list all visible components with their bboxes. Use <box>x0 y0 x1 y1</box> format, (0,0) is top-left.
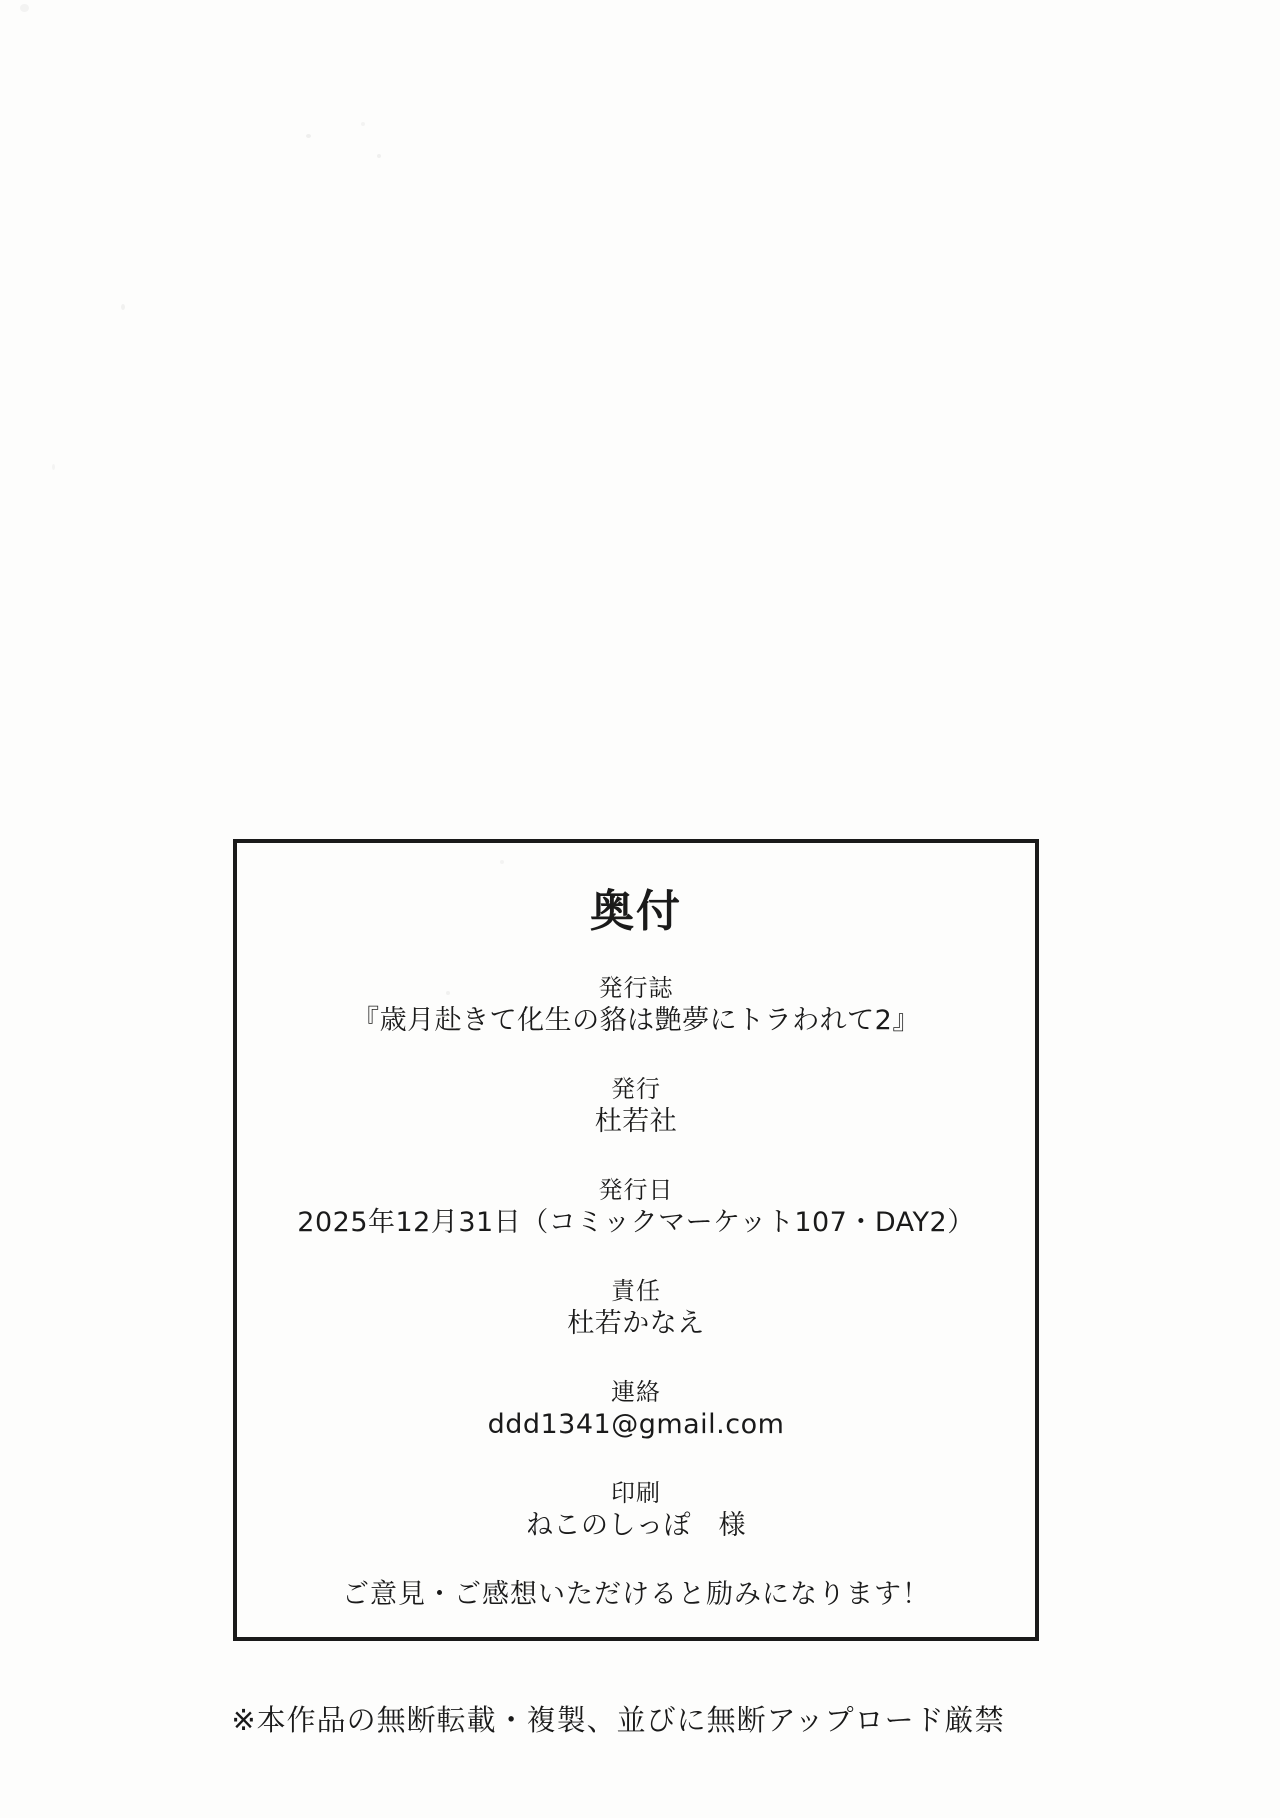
feedback-note: ご意見・ご感想いただけると励みになります！ <box>237 1578 1035 1611</box>
printing-label: 印刷 <box>237 1477 1035 1509</box>
colophon-heading: 奥付 <box>237 888 1035 936</box>
section-publication-title: 発行誌 『歳月赴きて化生の貉は艶夢にトラわれて2』 <box>237 972 1035 1037</box>
section-publication-date: 発行日 2025年12月31日（コミックマーケット107・DAY2） <box>237 1174 1035 1239</box>
publication-title-label: 発行誌 <box>237 972 1035 1004</box>
scan-speck <box>377 154 381 158</box>
contact-email: ddd1341@gmail.com <box>237 1408 1035 1441</box>
publication-date-label: 発行日 <box>237 1174 1035 1206</box>
reproduction-warning: ※本作品の無断転載・複製、並びに無断アップロード厳禁 <box>0 1702 1236 1738</box>
responsibility-label: 責任 <box>237 1275 1035 1307</box>
scan-speck <box>52 464 55 470</box>
section-contact: 連絡 ddd1341@gmail.com <box>237 1376 1035 1441</box>
scan-speck <box>121 304 125 310</box>
scan-speck <box>20 4 29 12</box>
publication-title-value: 『歳月赴きて化生の貉は艶夢にトラわれて2』 <box>237 1004 1035 1037</box>
publisher-value: 杜若社 <box>237 1105 1035 1138</box>
scanned-colophon-page: 奥付 発行誌 『歳月赴きて化生の貉は艶夢にトラわれて2』 発行 杜若社 発行日 … <box>0 0 1280 1818</box>
scan-speck <box>306 134 311 138</box>
printing-value: ねこのしっぽ 様 <box>237 1509 1035 1542</box>
contact-label: 連絡 <box>237 1376 1035 1408</box>
section-printing: 印刷 ねこのしっぽ 様 <box>237 1477 1035 1542</box>
responsibility-value: 杜若かなえ <box>237 1307 1035 1340</box>
scan-speck <box>361 122 365 126</box>
publisher-label: 発行 <box>237 1073 1035 1105</box>
section-publisher: 発行 杜若社 <box>237 1073 1035 1138</box>
publication-date-value: 2025年12月31日（コミックマーケット107・DAY2） <box>237 1206 1035 1239</box>
colophon-box: 奥付 発行誌 『歳月赴きて化生の貉は艶夢にトラわれて2』 発行 杜若社 発行日 … <box>233 839 1039 1641</box>
section-responsibility: 責任 杜若かなえ <box>237 1275 1035 1340</box>
